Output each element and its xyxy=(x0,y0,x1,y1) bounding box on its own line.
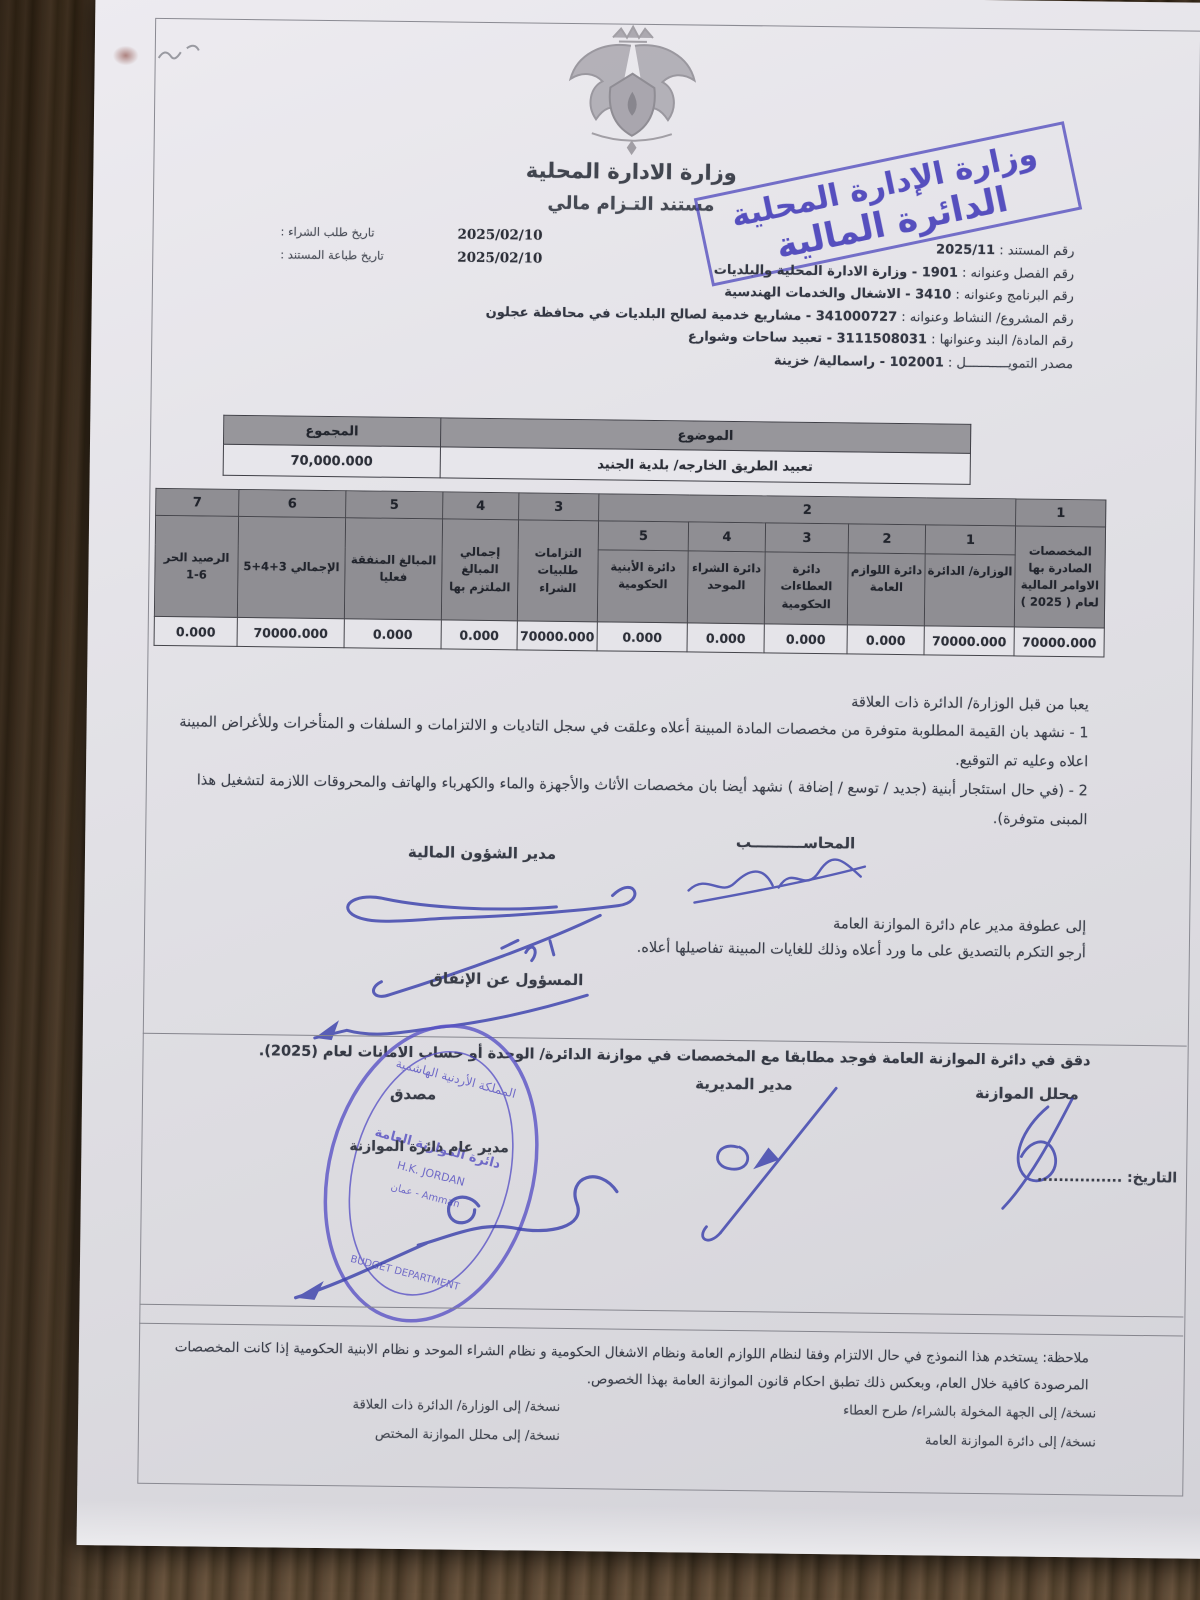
accountant-signature xyxy=(674,844,875,918)
col3-number: 3 xyxy=(519,493,599,521)
col6-number: 6 xyxy=(239,489,346,517)
document-reference-fields: رقم المستند : 2025/11 رقم الفصل وعنوانه … xyxy=(433,233,1075,376)
sub5-number: 5 xyxy=(598,521,688,551)
oval-stamp-arc-top: المملكة الأردنية الهاشمية xyxy=(394,1055,517,1102)
subject-total-table: الموضوع المجموع تعبيد الطريق الخارجه/ بل… xyxy=(223,415,972,485)
col7-number: 7 xyxy=(156,488,239,516)
field-value: 341000727 - مشاريع خدمية لصالح البلديات … xyxy=(486,304,898,324)
field-label: رقم البرنامج وعنوانه : xyxy=(955,288,1074,304)
budget-analyst-signature xyxy=(949,1090,1101,1217)
value-cell: 0.000 xyxy=(764,624,847,654)
value-cell: 70000.000 xyxy=(1014,627,1104,657)
certification-item-2: 2 - (في حال استئجار أبنية (جديد / توسع /… xyxy=(170,766,1088,835)
subject-value-cell: تعبيد الطريق الخارجه/ بلدية الجنيد xyxy=(440,447,971,484)
value-cell: 0.000 xyxy=(154,616,237,646)
directorate-manager-signature xyxy=(678,1074,870,1251)
col4-number: 4 xyxy=(443,492,519,520)
ministry-title: وزارة الادارة المحلية xyxy=(481,158,781,186)
value-cell: 70000.000 xyxy=(237,617,344,647)
field-value: 102001 - راسمالية/ خزينة xyxy=(774,353,944,370)
sub2-number: 2 xyxy=(848,524,925,554)
value-cell: 70000.000 xyxy=(924,626,1014,656)
copies-left-column: نسخة/ إلى الوزارة/ الدائرة ذات العلاقة ن… xyxy=(264,1389,561,1451)
col5-number: 5 xyxy=(346,491,443,519)
jordan-coat-of-arms xyxy=(546,21,720,161)
sub1-label: الوزارة/ الدائرة xyxy=(924,554,1015,627)
sub3-label: دائرة العطاءات الحكومية xyxy=(764,552,848,625)
field-value: 2025/11 xyxy=(936,242,995,258)
purchase-request-date-label: تاريخ طلب الشراء : xyxy=(280,224,374,241)
col1-label: المخصصات الصادرة بها الاوامر المالية لعا… xyxy=(1014,526,1105,628)
field-label: رقم المستند : xyxy=(999,243,1074,259)
sub4-label: دائرة الشراء الموحد xyxy=(687,551,765,624)
value-cell: 70000.000 xyxy=(517,621,597,651)
total-value-cell: 70,000.000 xyxy=(223,444,440,478)
print-date-label: تاريخ طباعة المستند : xyxy=(280,247,384,264)
value-cell: 0.000 xyxy=(344,619,441,649)
sub3-number: 3 xyxy=(765,523,848,553)
sub4-number: 4 xyxy=(688,522,765,552)
budget-dg-signature xyxy=(275,1145,652,1315)
allocations-table: 1 2 3 4 5 6 7 المخصصات الصادرة بها الاوا… xyxy=(154,488,1107,658)
copy-line: نسخة/ إلى الوزارة/ الدائرة ذات العلاقة xyxy=(264,1389,560,1422)
col6-label: الإجمالي 3+4+5 xyxy=(237,516,345,618)
col5-label: المبالغ المنفقة فعليا xyxy=(344,518,442,620)
value-cell: 0.000 xyxy=(847,625,924,655)
value-cell: 0.000 xyxy=(441,620,517,650)
field-label: رقم الفصل وعنوانه : xyxy=(962,265,1074,281)
copy-line: نسخة/ إلى دائرة الموازنة العامة xyxy=(696,1424,1096,1458)
copy-line: نسخة/ إلى محلل الموازنة المختص xyxy=(264,1418,560,1451)
col1-number: 1 xyxy=(1016,499,1106,527)
sub2-label: دائرة اللوازم العامة xyxy=(847,553,925,626)
scanned-document-page: وزارة الادارة المحلية مستند التـزام مالي… xyxy=(77,0,1200,1559)
ink-smudge xyxy=(113,45,139,65)
value-cell: 0.000 xyxy=(687,623,764,653)
col4-label: إجمالي المبالغ الملتزم بها xyxy=(441,519,518,621)
sub5-label: دائرة الأبنية الحكومية xyxy=(597,550,688,623)
field-value: 3111508031 - تعبيد ساحات وشوارع xyxy=(688,329,927,347)
pen-mark xyxy=(153,38,203,69)
field-label: مصدر التمويـــــــــــل : xyxy=(948,355,1073,372)
field-label: رقم المشروع/ النشاط وعنوانه : xyxy=(901,310,1073,327)
field-label: رقم المادة/ البند وعنوانها : xyxy=(931,332,1073,349)
field-value: 1901 - وزارة الادارة المحلية والبلديات xyxy=(714,262,958,280)
total-header-cell: المجموع xyxy=(223,415,440,447)
value-cell: 0.000 xyxy=(597,622,687,652)
copies-right-column: نسخة/ إلى الجهة المخولة بالشراء/ طرح الع… xyxy=(696,1395,1097,1458)
date-field: التاريخ: ................ xyxy=(937,1168,1177,1187)
col7-label: الرصيد الحر 6-1 xyxy=(154,515,238,617)
photo-of-document: { "header": { "ministry": "وزارة الادارة… xyxy=(0,0,1200,1600)
field-value: 3410 - الاشغال والخدمات الهندسية xyxy=(724,285,951,303)
col3-label: التزامات طلبيات الشراء xyxy=(517,520,598,622)
sub1-number: 1 xyxy=(925,525,1015,555)
